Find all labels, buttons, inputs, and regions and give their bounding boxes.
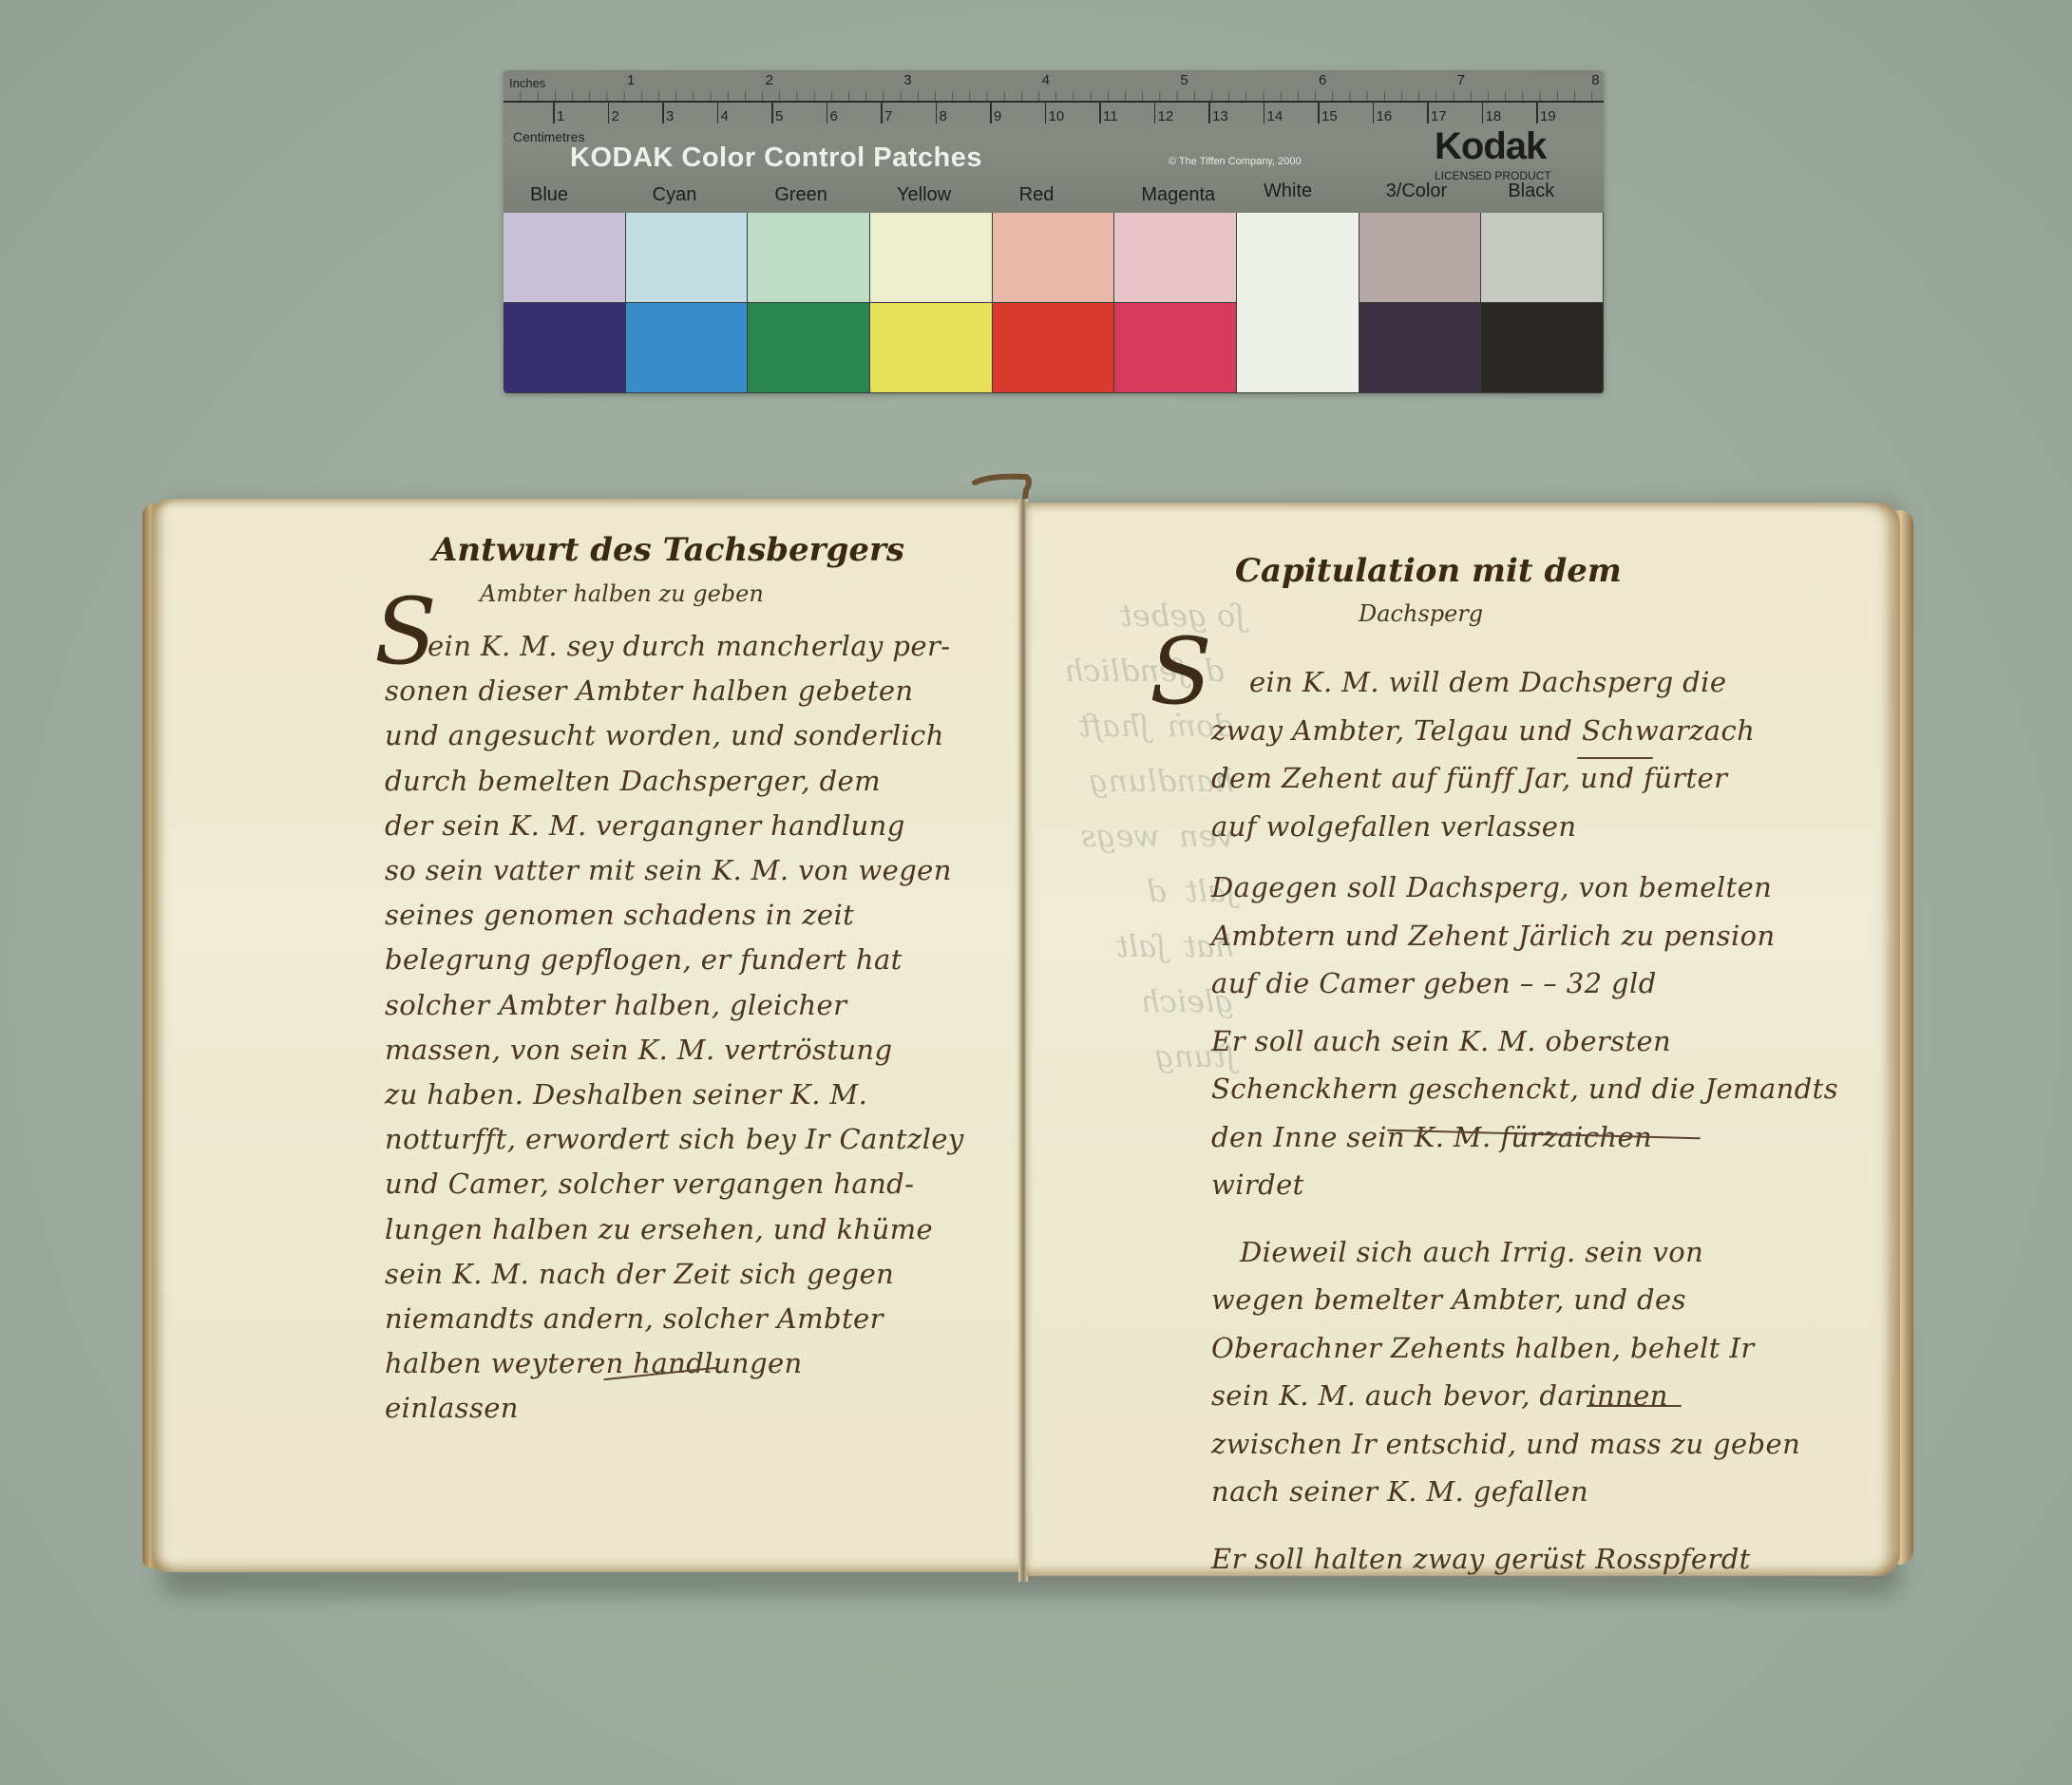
manuscript-line: wirdet [1211, 1168, 1304, 1201]
cm-tick [608, 103, 610, 123]
line-end-flourish [1577, 757, 1653, 759]
manuscript-line: Schenckhern geschenckt, und die Jemandts [1211, 1073, 1838, 1105]
left-page-title: Antwurt des Tachsbergers [432, 531, 904, 569]
manuscript-line: Er soll halten zway gerüst Rosspferdt [1211, 1543, 1751, 1575]
right-page-initial: S [1150, 626, 1212, 717]
manuscript-line: lungen halben zu ersehen, und khüme [385, 1213, 933, 1245]
patch-yellow-light [870, 213, 993, 303]
cm-tick [827, 103, 828, 123]
patch-blue-light [504, 213, 626, 303]
manuscript-line: durch bemelten Dachsperger, dem [385, 765, 881, 797]
manuscript-line: halben weyteren handlungen [385, 1347, 803, 1379]
manuscript-line: sonen dieser Ambter halben gebeten [385, 674, 914, 707]
cm-tick [662, 103, 664, 123]
cm-tick [1208, 103, 1210, 123]
manuscript-line: massen, von sein K. M. vertröstung [385, 1034, 892, 1066]
target-title: KODAK Color Control Patches [570, 142, 982, 174]
patch-label-yellow: Yellow [897, 184, 951, 206]
manuscript-line: wegen bemelter Ambter, und des [1211, 1283, 1686, 1316]
manuscript-line: belegrung gepflogen, er fundert hat [385, 943, 903, 976]
cm-tick [1045, 103, 1047, 123]
cm-tick-label: 1 [557, 108, 564, 124]
cm-tick [936, 103, 938, 123]
inch-tick-label: 5 [1180, 72, 1188, 88]
target-header: Inches 12345678 123456789101112131415161… [504, 70, 1604, 213]
manuscript-line: Dieweil sich auch Irrig. sein von [1240, 1236, 1703, 1268]
right-page-subtitle: Dachsperg [1359, 600, 1483, 627]
cm-tick-label: 9 [994, 108, 1001, 124]
manuscript-line: so sein vatter mit sein K. M. von wegen [385, 854, 952, 886]
manuscript-line: zwischen Ir entschid, und mass zu geben [1211, 1428, 1800, 1460]
patch-yellow-dark [870, 303, 993, 393]
manuscript-line: Dagegen soll Dachsperg, von bemelten [1211, 871, 1772, 903]
inch-tick-label: 3 [903, 72, 911, 88]
inch-tick-label: 1 [627, 72, 635, 88]
cm-tick-label: 15 [1321, 108, 1338, 124]
cm-tick [771, 103, 773, 123]
patch-red-dark [993, 303, 1115, 393]
inch-tick-label: 8 [1591, 72, 1599, 88]
inch-tick-label: 7 [1457, 72, 1465, 88]
manuscript-line: auf die Camer geben – – 32 gld [1211, 967, 1657, 999]
cm-tick [1482, 103, 1484, 123]
cm-tick [1536, 103, 1538, 123]
manuscript-line: und angesucht worden, und sonderlich [385, 719, 944, 751]
cm-tick-label: 8 [940, 108, 947, 124]
copyright-notice: © The Tiffen Company, 2000 [1169, 156, 1302, 167]
manuscript-line: ein K. M. will dem Dachsperg die [1249, 666, 1726, 698]
manuscript-line: Oberachner Zehents halben, behelt Ir [1211, 1332, 1755, 1364]
left-page: Antwurt des Tachsbergers Ambter halben z… [152, 499, 1022, 1572]
cm-tick-label: 11 [1103, 108, 1118, 124]
cm-tick [717, 103, 719, 123]
manuscript-line: der sein K. M. vergangner handlung [385, 809, 905, 842]
patch-cyan-light [626, 213, 749, 303]
cm-tick [1099, 103, 1101, 123]
patch-blue-dark [504, 303, 626, 393]
patch-label-red: Red [1019, 184, 1055, 206]
cm-tick-label: 19 [1540, 108, 1556, 124]
cm-tick-label: 16 [1377, 108, 1393, 124]
kodak-logo: Kodak [1435, 125, 1546, 168]
patch-label-magenta: Magenta [1141, 184, 1215, 206]
cm-tick-label: 18 [1486, 108, 1502, 124]
cm-tick [1154, 103, 1156, 123]
patch-magenta-dark [1114, 303, 1237, 393]
cm-tick-label: 12 [1158, 108, 1174, 124]
manuscript-line: niemandts andern, solcher Ambter [385, 1302, 884, 1335]
cm-tick-label: 3 [666, 108, 674, 124]
open-manuscript-book: Antwurt des Tachsbergers Ambter halben z… [152, 499, 1900, 1591]
manuscript-line: nach seiner K. M. gefallen [1211, 1475, 1588, 1508]
manuscript-line: Er soll auch sein K. M. obersten [1211, 1025, 1671, 1057]
right-page: ʃo gebet d ʃendlich doṁ ʃhaft handlung v… [1026, 503, 1900, 1576]
cm-tick [881, 103, 883, 123]
patch-3-color-dark [1359, 303, 1482, 393]
cm-tick [1427, 103, 1429, 123]
left-page-subtitle: Ambter halben zu geben [480, 580, 764, 607]
manuscript-line: solcher Ambter halben, gleicher [385, 989, 846, 1021]
cm-tick-label: 13 [1212, 108, 1228, 124]
inch-ruler [504, 70, 1604, 103]
patch-label-green: Green [774, 184, 827, 206]
patch-3-color-light [1359, 213, 1482, 303]
cm-tick-label: 5 [775, 108, 783, 124]
cm-tick-label: 17 [1431, 108, 1447, 124]
manuscript-line: den Inne sein K. M. fürzaichen [1211, 1121, 1652, 1153]
patch-green-light [748, 213, 870, 303]
manuscript-line: und Camer, solcher vergangen hand- [385, 1168, 914, 1200]
cm-tick-label: 14 [1267, 108, 1283, 124]
patch-labels: BlueCyanGreenYellowRedMagentaWhite3/Colo… [504, 182, 1604, 211]
manuscript-line: einlassen [385, 1392, 519, 1424]
patch-white-light [1237, 213, 1359, 393]
manuscript-line: zu haben. Deshalben seiner K. M. [385, 1078, 867, 1111]
inch-tick-label: 6 [1319, 72, 1326, 88]
patch-magenta-light [1114, 213, 1237, 303]
patch-green-dark [748, 303, 870, 393]
patch-red-light [993, 213, 1115, 303]
inch-tick-label: 4 [1042, 72, 1050, 88]
right-page-title: Capitulation mit dem [1235, 552, 1622, 590]
cm-tick-label: 6 [830, 108, 838, 124]
cm-tick [990, 103, 992, 123]
cm-tick-label: 7 [884, 108, 892, 124]
patch-label-black: Black [1508, 180, 1554, 202]
cm-tick [553, 103, 555, 123]
cm-tick [1318, 103, 1320, 123]
inches-label: Inches [509, 76, 545, 90]
cm-tick-label: 2 [612, 108, 619, 124]
line-end-flourish [1587, 1405, 1682, 1407]
cm-tick [1373, 103, 1375, 123]
manuscript-line: notturfft, erwordert sich bey Ir Cantzle… [385, 1123, 964, 1155]
patch-label-white: White [1264, 180, 1312, 202]
kodak-color-control-target: Inches 12345678 123456789101112131415161… [504, 70, 1604, 393]
patch-label-blue: Blue [530, 184, 568, 206]
manuscript-line: Ambtern und Zehent Järlich zu pension [1211, 920, 1776, 952]
manuscript-line: seines genomen schadens in zeit [385, 899, 854, 931]
manuscript-line: ein K. M. sey durch mancherlay per- [428, 630, 950, 662]
patch-black-dark [1481, 303, 1604, 393]
manuscript-line: zway Ambter, Telgau und Schwarzach [1211, 714, 1755, 747]
cm-tick-label: 10 [1049, 108, 1065, 124]
patch-label-cyan: Cyan [653, 184, 697, 206]
color-patches [504, 213, 1604, 393]
manuscript-line: dem Zehent auf fünff Jar, und fürter [1211, 762, 1727, 794]
patch-black-light [1481, 213, 1604, 303]
cm-tick [1264, 103, 1265, 123]
patch-label-3-color: 3/Color [1386, 180, 1447, 202]
manuscript-line: auf wolgefallen verlassen [1211, 810, 1576, 843]
inch-tick-label: 2 [766, 72, 773, 88]
cm-tick-label: 4 [721, 108, 729, 124]
patch-cyan-dark [626, 303, 749, 393]
manuscript-line: sein K. M. nach der Zeit sich gegen [385, 1258, 894, 1290]
